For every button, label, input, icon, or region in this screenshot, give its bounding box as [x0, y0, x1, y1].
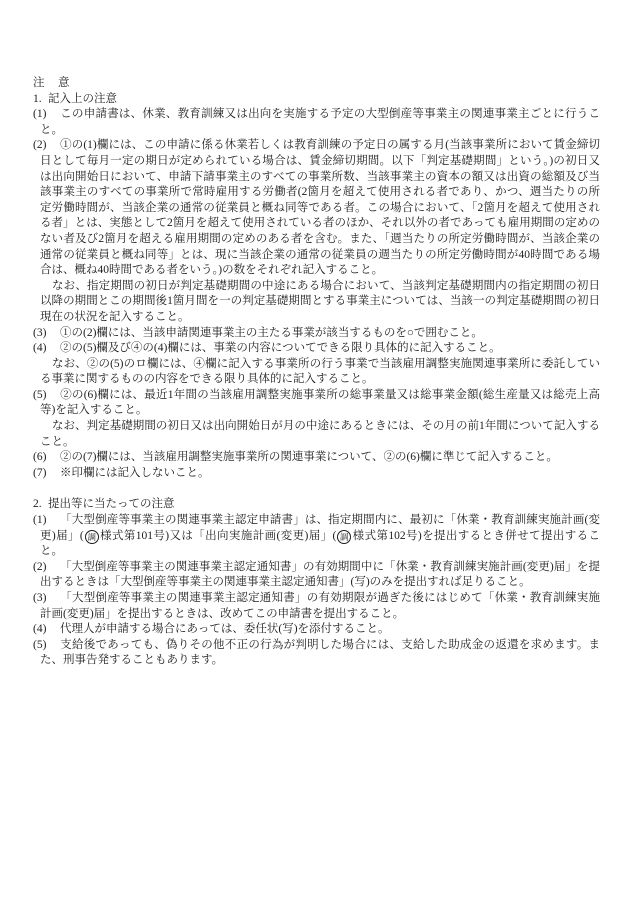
section-number: 2. [33, 497, 48, 513]
list-item-1-5-note: なお、判定基礎期間の初日又は出向開始日が月の中途にあるときには、その月の前1年間… [33, 419, 600, 450]
list-item-1-6: (6)②の(7)欄には、当該雇用調整実施事業所の関連事業について、②の(6)欄に… [33, 450, 600, 466]
list-item-1-2: (2)①の(1)欄には、この申請に係る休業若しくは教育訓練の予定日の属する月(当… [33, 138, 600, 278]
item-marker: (2) [33, 560, 60, 576]
item-text: 様式第101号)又は「出向実施計画(変更)届」( [100, 530, 337, 542]
item-marker: (5) [33, 638, 60, 654]
list-item-2-5: (5)支給後であっても、偽りその他不正の行為が判明した場合には、支給した助成金の… [33, 638, 600, 669]
item-text: ②の(6)欄には、最近1年間の当該雇用調整実施事業所の総事業量又は総事業金額(総… [40, 389, 600, 417]
list-item-1-7: (7)※印欄には記入しないこと。 [33, 466, 600, 482]
item-text: 代理人が申請する場合にあっては、委任状(写)を添付すること。 [60, 623, 390, 635]
document-page: 注 意 1.記入上の注意 (1)この申請書は、休業、教育訓練又は出向を実施する予… [0, 0, 630, 916]
section-heading-label: 記入上の注意 [48, 93, 117, 105]
list-item-2-3: (3)「大型倒産等事業主の関連事業主認定通知書」の有効期限が過ぎた後にはじめて「… [33, 591, 600, 622]
list-item-1-2-note: なお、指定期間の初日が判定基礎期間の中途にある場合において、当該判定基礎期間内の… [33, 279, 600, 326]
item-marker: (1) [33, 107, 60, 123]
item-marker: (4) [33, 622, 60, 638]
item-marker: (1) [33, 513, 60, 529]
item-marker: (5) [33, 388, 60, 404]
item-marker: (4) [33, 341, 60, 357]
list-item-2-1: (1)「大型倒産等事業主の関連事業主認定申請書」は、指定期間内に、最初に「休業・… [33, 513, 600, 560]
item-text: 「大型倒産等事業主の関連事業主認定通知書」の有効期間中に「休業・教育訓練実施計画… [40, 561, 600, 589]
list-item-1-4: (4)②の(5)欄及び④の(4)欄には、事業の内容についてできる限り具体的に記入… [33, 341, 600, 357]
item-marker: (3) [33, 326, 60, 342]
item-text: ①の(1)欄には、この申請に係る休業若しくは教育訓練の予定日の属する月(当該事業… [40, 139, 600, 276]
item-marker: (6) [33, 450, 60, 466]
list-item-1-1: (1)この申請書は、休業、教育訓練又は出向を実施する予定の大型倒産等事業主の関連… [33, 107, 600, 138]
item-text: ②の(5)欄及び④の(4)欄には、事業の内容についてできる限り具体的に記入するこ… [60, 342, 501, 354]
page-title: 注 意 [33, 76, 600, 92]
item-text: ※印欄には記入しないこと。 [60, 467, 210, 479]
section-heading: 1.記入上の注意 [33, 92, 600, 108]
item-marker: (2) [33, 138, 60, 154]
item-text: 「大型倒産等事業主の関連事業主認定通知書」の有効期限が過ぎた後にはじめて「休業・… [40, 592, 600, 620]
circled-cho-form-icon: 調 [337, 530, 351, 544]
item-marker: (7) [33, 466, 60, 482]
item-text: この申請書は、休業、教育訓練又は出向を実施する予定の大型倒産等事業主の関連事業主… [40, 108, 600, 136]
item-text: 支給後であっても、偽りその他不正の行為が判明した場合には、支給した助成金の返還を… [40, 639, 600, 667]
section-number: 1. [33, 92, 48, 108]
circled-cho-form-icon: 調 [85, 530, 99, 544]
section-heading-label: 提出等に当たっての注意 [48, 498, 175, 510]
list-item-1-4-note: なお、②の(5)のロ欄には、④欄に記入する事業所の行う事業で当該雇用調整実施関連… [33, 357, 600, 388]
section-submission-notes: 2.提出等に当たっての注意 (1)「大型倒産等事業主の関連事業主認定申請書」は、… [33, 497, 600, 669]
list-item-1-5: (5)②の(6)欄には、最近1年間の当該雇用調整実施事業所の総事業量又は総事業金… [33, 388, 600, 419]
section-heading: 2.提出等に当たっての注意 [33, 497, 600, 513]
item-text: ①の(2)欄には、当該申請関連事業主の主たる事業が該当するものを○で囲むこと。 [60, 327, 483, 339]
item-text: ②の(7)欄には、当該雇用調整実施事業所の関連事業について、②の(6)欄に準じて… [60, 451, 558, 463]
section-entry-notes: 1.記入上の注意 (1)この申請書は、休業、教育訓練又は出向を実施する予定の大型… [33, 92, 600, 482]
list-item-2-4: (4)代理人が申請する場合にあっては、委任状(写)を添付すること。 [33, 622, 600, 638]
item-marker: (3) [33, 591, 60, 607]
list-item-1-3: (3)①の(2)欄には、当該申請関連事業主の主たる事業が該当するものを○で囲むこ… [33, 326, 600, 342]
list-item-2-2: (2)「大型倒産等事業主の関連事業主認定通知書」の有効期間中に「休業・教育訓練実… [33, 560, 600, 591]
